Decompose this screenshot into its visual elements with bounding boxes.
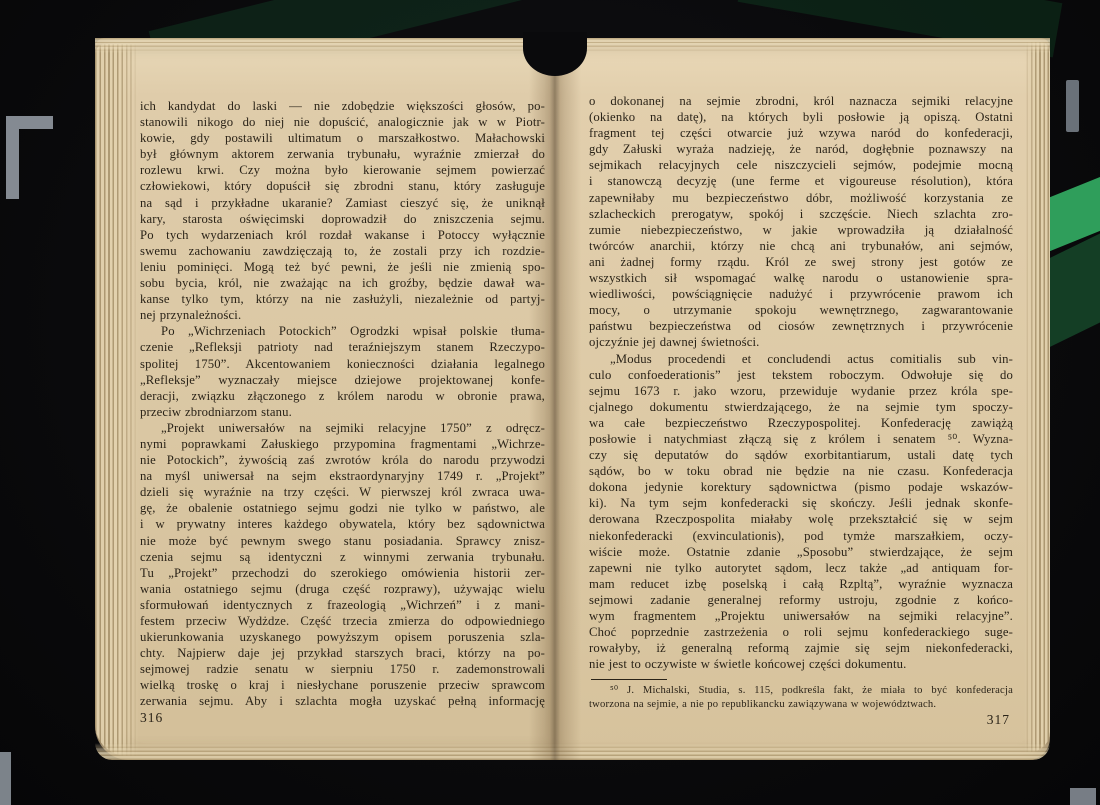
text-line: sejmu 1673 r. jako wzoru, przewiduje wyd… (589, 383, 1013, 399)
text-line: culo confoederationis” jest tekstem robo… (589, 367, 1013, 383)
text-line: zapewni nie tylko autorytet sądom, lecz … (589, 560, 1013, 576)
text-line: czenie „Refleksji patrioty nad teraźniej… (140, 339, 545, 355)
text-line: czy się deputatów do sądów exorbitantiar… (589, 447, 1013, 463)
right-page-top-edge (555, 38, 1050, 53)
text-line: spolitej 1750”. Akcentowaniem koniecznoś… (140, 356, 545, 372)
text-line: leniu pominięci. Mogą też być pewni, że … (140, 259, 545, 275)
text-line: stanowili nikogo do niej nie dopuścić, a… (140, 114, 545, 130)
text-line: Po tych wydarzeniach król rozdał wakanse… (140, 227, 545, 243)
text-line: nie Potockich”, żywością zaś zwrotów kró… (140, 452, 545, 468)
text-line: tworzona na sejmie, a nie po republikanc… (589, 698, 1013, 712)
text-line: kanse tylko tym, którzy na nie zasłużyli… (140, 291, 545, 307)
text-line: nie może być pewnym swego stanu posiadan… (140, 533, 545, 549)
text-line: rozlewu krwi. Czy można było kierowanie … (140, 162, 545, 178)
open-book: ich kandydat do laski — nie zdobędzie wi… (95, 38, 1050, 760)
text-line: wania ostatniego sejmu (druga część rozp… (140, 581, 545, 597)
text-line: i w prywatny interes każdego obywatela, … (140, 516, 545, 532)
text-line: mocy, o utrzymanie spokoju wewnętrznego,… (589, 302, 1013, 318)
text-line: nymi poprawkami Załuskiego przypomina fr… (140, 436, 545, 452)
text-line: gę, że obalenie ostatniego sejmu godzi n… (140, 500, 545, 516)
text-line: na sąd i przykładne ukaranie? Zamiast ci… (140, 195, 545, 211)
right-page-bottom-edge (555, 743, 1050, 760)
text-line: zapewniłaby mu bezpieczeństwo dóbr, możl… (589, 190, 1013, 206)
text-line: „Modus procedendi et concludendi actus c… (589, 351, 1013, 367)
gray-bracket-shape (6, 116, 53, 199)
text-line: niekonfederacki (exvinculationis), pod t… (589, 528, 1013, 544)
text-line: ukierunkowania uzyskanego powyższym opis… (140, 629, 545, 645)
text-line: (okienko na datę), na których byli posło… (589, 109, 1013, 125)
text-line: wym fragmentem „Projektu uniwersałów na … (589, 608, 1013, 624)
text-line: wielką troskę o kraj i niesłychane porus… (140, 677, 545, 693)
text-line: wiedliwości, powściągnięcie nadużyć i pr… (589, 286, 1013, 302)
text-line: sejmowi zadanie generalnej reformy ustro… (589, 592, 1013, 608)
text-line: festem przeciw Wydżdze. Część trzecia zm… (140, 613, 545, 629)
text-line: dzieli się wyraźnie na trzy części. W pi… (140, 484, 545, 500)
text-line: mam reducet izbę poselską i całą Rzpltą”… (589, 576, 1013, 592)
text-line: Choć poprzednie zastrzeżenia o roli sejm… (589, 624, 1013, 640)
text-line: ich kandydat do laski — nie zdobędzie wi… (140, 98, 545, 114)
text-line: sądów, bo w toku obrad nie będzie na nie… (589, 463, 1013, 479)
text-line: cjalnego dokumentu stwierdzającego, że n… (589, 399, 1013, 415)
right-page-text: o dokonanej na sejmie zbrodni, król nazn… (589, 93, 1013, 712)
text-line: sejmowej radzie senatu w sierpniu 1750 r… (140, 661, 545, 677)
text-line: ojczyźnie jej dawnej świetności. (589, 334, 1013, 350)
left-page-text: ich kandydat do laski — nie zdobędzie wi… (140, 98, 545, 710)
text-line: „Refleksje” wyznaczały miejsce dziejowe … (140, 372, 545, 388)
footnote: ⁵⁰ J. Michalski, Studia, s. 115, podkreś… (589, 684, 1013, 712)
gray-bar-bottom-right (1070, 788, 1096, 805)
text-line: ⁵⁰ J. Michalski, Studia, s. 115, podkreś… (589, 684, 1013, 698)
footnote-rule (591, 679, 667, 680)
text-line: swemu zachowaniu zawdzięczają to, że zos… (140, 243, 545, 259)
text-line: zumie niebezpieczeństwo, w jakie wprowad… (589, 222, 1013, 238)
text-line: państwu bezpieczeństwa od ciosów zewnętr… (589, 318, 1013, 334)
text-line: ki). Na tym sejm konfederacki się skończ… (589, 495, 1013, 511)
text-line: czenia sejmu są identyczni z winnymi zer… (140, 549, 545, 565)
text-line: sobu bycia, król, nie zważając na ich gr… (140, 275, 545, 291)
right-page-fore-edge (1024, 42, 1050, 752)
left-page-bottom-edge (95, 743, 555, 760)
text-line: kowie, gdy postawili ultimatum o marszał… (140, 130, 545, 146)
text-line: derowana Rzeczpospolita miałaby wolę prz… (589, 511, 1013, 527)
page-number-left: 316 (140, 710, 163, 726)
text-line: deracji, związku złączonego z królem nar… (140, 388, 545, 404)
text-line: twórców anarchii, którzy nie chcą ani tr… (589, 238, 1013, 254)
text-line: wszystkich sił wspomagać walkę narodu o … (589, 270, 1013, 286)
text-line: dokona jedynie korektury sądownictwa (pi… (589, 479, 1013, 495)
text-line: chty. Najpierw daje jej przykład starszy… (140, 645, 545, 661)
text-line: na myśl uniwersał na sejm ekstraordynary… (140, 468, 545, 484)
text-line: gdy Załuski wyraża nadzieję, że naród, d… (589, 141, 1013, 157)
gray-bar-bottom-left (0, 752, 11, 805)
text-line: wiście może. Ostatnie zdanie „Sposobu” s… (589, 544, 1013, 560)
text-line: szlacheckich prerogatyw, spokój i szczęś… (589, 206, 1013, 222)
text-line: nej przynależności. (140, 307, 545, 323)
text-line: Po „Wichrzeniach Potockich” Ogrodzki wpi… (140, 323, 545, 339)
left-page-fore-edge (95, 44, 139, 756)
text-line: był głównym aktorem zerwania trybunału, … (140, 146, 545, 162)
text-line: zerwania sejmu. Aby i szlachta mogła uzy… (140, 693, 545, 709)
text-line: posłowie i natychmiast złączą się z król… (589, 431, 1013, 447)
text-line: „Projekt uniwersałów na sejmiki relacyjn… (140, 420, 545, 436)
left-page-top-edge (95, 38, 555, 53)
text-line: kary, starosta oświęcimski doprowadził d… (140, 211, 545, 227)
text-line: Tu „Projekt” przechodzi do szerokiego om… (140, 565, 545, 581)
text-line: sejmikach relacyjnych cele niszczycieli … (589, 157, 1013, 173)
right-page-body: o dokonanej na sejmie zbrodni, król nazn… (589, 93, 1013, 672)
text-line: ani żadnej formy rządu. Król ze swej str… (589, 254, 1013, 270)
text-line: fragment tej części otwarcie już wzywa n… (589, 125, 1013, 141)
text-line: przeciw zbrodniarzom stanu. (140, 404, 545, 420)
text-line: człowiekowi, który dopuścił się zbrodni … (140, 178, 545, 194)
text-line: sformułowań identycznych z frazeologią „… (140, 597, 545, 613)
page-number-right: 317 (987, 712, 1010, 728)
text-line: wa całe bezpieczeństwo Rzeczypospolitej.… (589, 415, 1013, 431)
gray-strip-right (1066, 80, 1079, 132)
text-line: o dokonanej na sejmie zbrodni, król nazn… (589, 93, 1013, 109)
text-line: i stanowczą decyzję (une ferme et vigour… (589, 173, 1013, 189)
text-line: nie jest to oczywiste w świetle końcowej… (589, 656, 1013, 672)
text-line: rowałyby, iż generalną reformą zajmie si… (589, 640, 1013, 656)
